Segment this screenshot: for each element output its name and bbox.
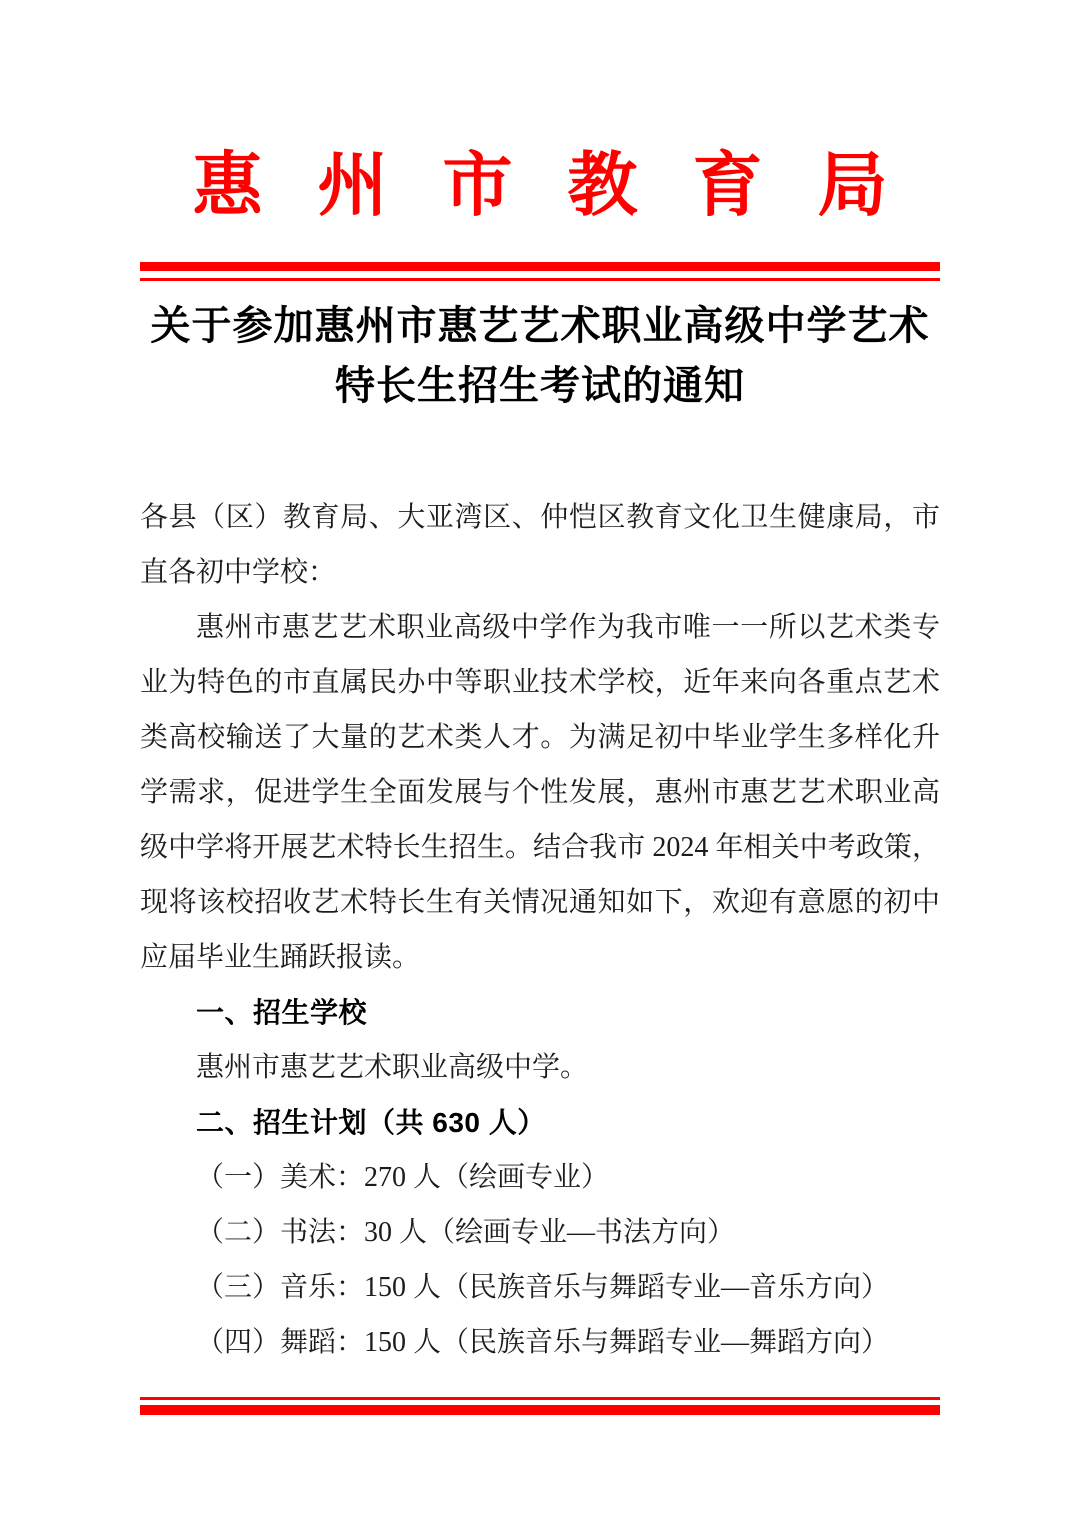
divider-thick-line [140,1405,940,1415]
divider-thick-line [140,262,940,271]
document-title: 关于参加惠州市惠艺艺术职业高级中学艺术 特长生招生考试的通知 [140,296,940,416]
agency-name: 惠州市教育局 [0,152,1080,222]
document-body: 各县（区）教育局、大亚湾区、仲恺区教育文化卫生健康局，市直各初中学校： 惠州市惠… [140,490,940,1370]
enrollment-item-dance: （四）舞蹈：150 人（民族音乐与舞蹈专业—舞蹈方向） [140,1315,940,1370]
enrollment-item-art: （一）美术：270 人（绘画专业） [140,1150,940,1205]
document-page: 惠州市教育局 关于参加惠州市惠艺艺术职业高级中学艺术 特长生招生考试的通知 各县… [0,0,1080,1528]
enrollment-item-calligraphy: （二）书法：30 人（绘画专业—书法方向） [140,1205,940,1260]
section1-content: 惠州市惠艺艺术职业高级中学。 [140,1040,940,1095]
section2-heading: 二、招生计划（共 630 人） [140,1095,940,1150]
letterhead: 惠州市教育局 [0,0,1080,222]
divider-thin-line [140,278,940,281]
enrollment-item-music: （三）音乐：150 人（民族音乐与舞蹈专业—音乐方向） [140,1260,940,1315]
divider-thin-line [140,1397,940,1400]
footer-divider [140,1397,940,1415]
salutation: 各县（区）教育局、大亚湾区、仲恺区教育文化卫生健康局，市直各初中学校： [140,490,940,600]
document-title-line2: 特长生招生考试的通知 [140,356,940,416]
letterhead-divider [140,262,940,281]
section1-heading: 一、招生学校 [140,985,940,1040]
document-title-line1: 关于参加惠州市惠艺艺术职业高级中学艺术 [140,296,940,356]
intro-paragraph: 惠州市惠艺艺术职业高级中学作为我市唯一一所以艺术类专业为特色的市直属民办中等职业… [140,600,940,985]
